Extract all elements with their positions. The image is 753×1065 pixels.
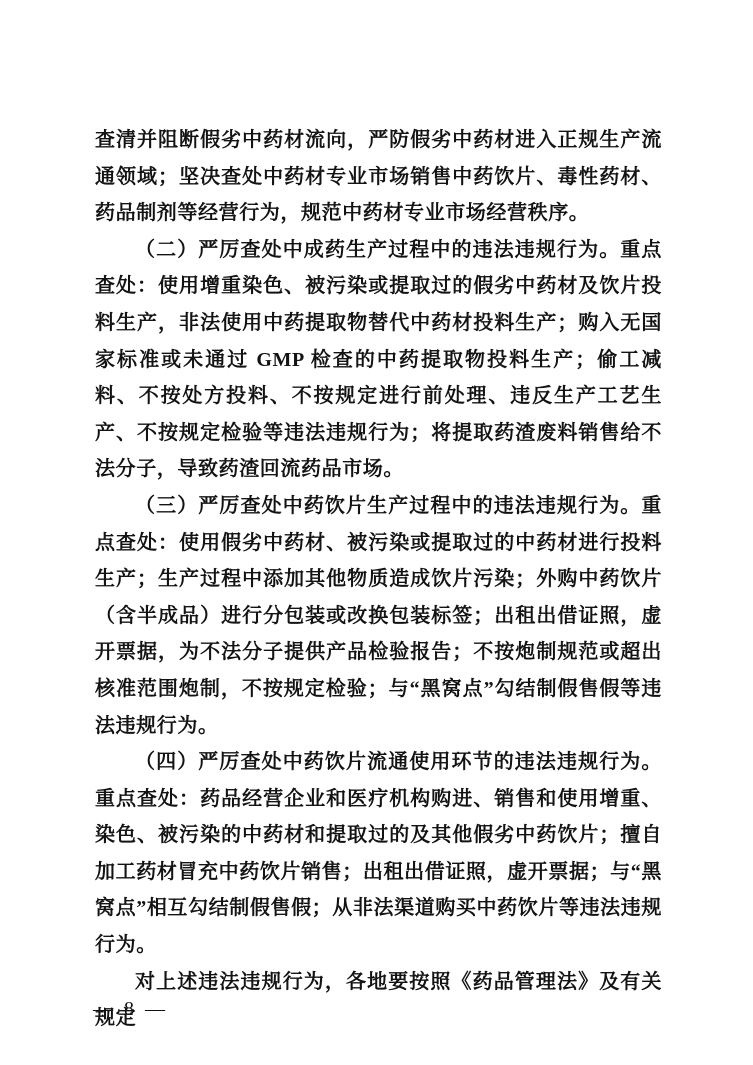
page-footer: — 8 — xyxy=(93,998,168,1021)
paragraph: 查清并阻断假劣中药材流向，严防假劣中药材进入正规生产流通领域；坚决查处中药材专业… xyxy=(95,122,662,232)
document-body: 查清并阻断假劣中药材流向，严防假劣中药材进入正规生产流通领域；坚决查处中药材专业… xyxy=(95,122,662,1037)
document-page: 查清并阻断假劣中药材流向，严防假劣中药材进入正规生产流通领域；坚决查处中药材专业… xyxy=(0,0,753,1065)
paragraph: （二）严厉查处中成药生产过程中的违法违规行为。重点查处：使用增重染色、被污染或提… xyxy=(95,232,662,488)
paragraph: （三）严厉查处中药饮片生产过程中的违法违规行为。重点查处：使用假劣中药材、被污染… xyxy=(95,488,662,744)
page-number: — 8 — xyxy=(93,998,168,1020)
paragraph: （四）严厉查处中药饮片流通使用环节的违法违规行为。重点查处：药品经营企业和医疗机… xyxy=(95,744,662,964)
paragraph: 对上述违法违规行为，各地要按照《药品管理法》及有关规定 xyxy=(95,964,662,1037)
